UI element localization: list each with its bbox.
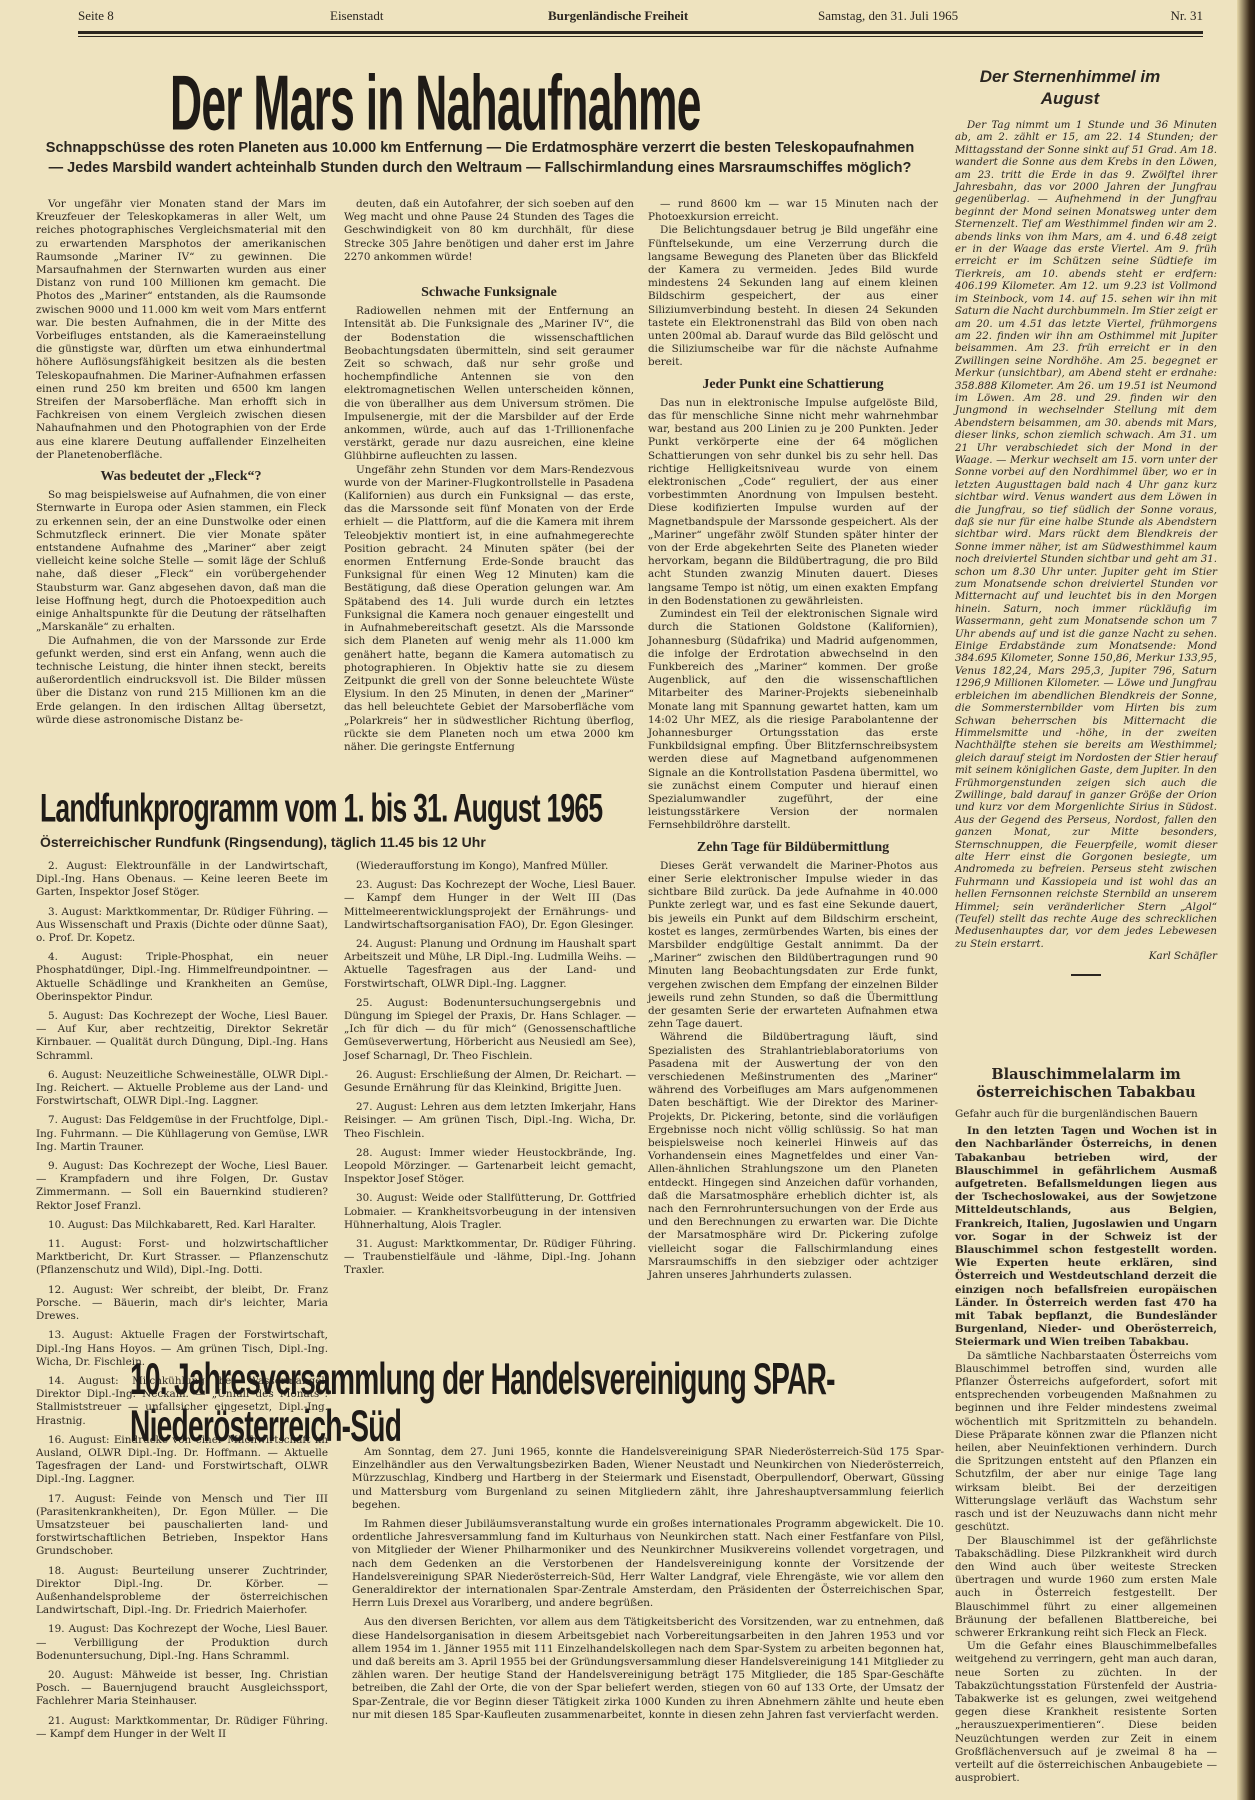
paragraph: Ungefähr zehn Stunden vor dem Mars-Rende… [344,464,634,754]
page-number: Seite 8 [78,8,114,24]
paragraph: 9. August: Das Kochrezept der Woche, Lie… [36,1160,328,1213]
subhead-schattierung: Jeder Punkt eine Schattierung [648,378,938,391]
paragraph: Dieses Gerät verwandelt die Mariner-Phot… [648,860,938,1032]
paragraph: 31. August: Marktkommentar, Dr. Rüdiger … [344,1238,636,1278]
paragraph: 5. August: Das Kochrezept der Woche, Lie… [36,1010,328,1063]
paragraph: Zumindest ein Teil der elektronischen Si… [648,608,938,832]
paragraph: 28. August: Immer wieder Heustockbrände,… [344,1147,636,1187]
sky-article: Der Tag nimmt um 1 Stunde und 36 Minuten… [955,120,1217,986]
paragraph: Im Rahmen dieser Jubiläumsveranstaltung … [352,1518,944,1610]
paragraph: 27. August: Lehren aus dem letzten Imker… [344,1101,636,1141]
paragraph: 2. August: Elektrounfälle in der Landwir… [36,860,328,900]
mars-headline: Der Mars in Nahaufnahme [170,58,701,148]
paragraph: Am Sonntag, dem 27. Juni 1965, konnte di… [352,1446,944,1512]
subhead-bilduebermittlung: Zehn Tage für Bildübermittlung [648,841,938,854]
sky-text: Der Tag nimmt um 1 Stunde und 36 Minuten… [955,120,1217,951]
paper-name: Burgenländische Freiheit [548,8,688,24]
paragraph: Der Blauschimmel ist der gefährlichste T… [955,1535,1217,1641]
paragraph: 4. August: Triple-Phosphat, ein neuer Ph… [36,951,328,1004]
blau-kicker: Gefahr auch für die burgenländischen Bau… [955,1108,1217,1121]
city: Eisenstadt [330,8,383,24]
paragraph: 10. August: Das Milchkabarett, Red. Karl… [36,1219,328,1232]
divider [1071,974,1101,976]
page-edge [1237,0,1255,1800]
paragraph: Da sämtliche Nachbarstaaten Österreichs … [955,1350,1217,1535]
paragraph: 18. August: Beurteilung unserer Zuchtrin… [36,1565,328,1618]
blau-lead: In den letzten Tagen und Wochen ist in d… [955,1125,1217,1349]
paragraph: 24. August: Planung und Ordnung im Haush… [344,938,636,991]
paragraph: 25. August: Bodenuntersuchungsergebnis u… [344,997,636,1063]
paragraph: 21. August: Marktkommentar, Dr. Rüdiger … [36,1715,328,1741]
paragraph: So mag beispielsweise auf Aufnahmen, die… [36,489,326,634]
paragraph: 23. August: Das Kochrezept der Woche, Li… [344,879,636,932]
paragraph: 30. August: Weide oder Stallfütterung, D… [344,1192,636,1232]
paragraph: Die Aufnahmen, die von der Marssonde zur… [36,635,326,727]
paragraph: Um die Gefahr eines Blauschimmelbefalles… [955,1640,1217,1785]
paragraph: 12. August: Wer schreibt, der bleibt, Dr… [36,1284,328,1324]
subhead-fleck: Was bedeutet der „Fleck“? [36,470,326,483]
masthead: Seite 8 Eisenstadt Burgenländische Freih… [78,6,1203,28]
paragraph: Das nun in elektronische Impulse aufgelö… [648,397,938,608]
sky-author: Karl Schäfler [955,951,1217,963]
mars-column-1: Vor ungefähr vier Monaten stand der Mars… [36,198,326,727]
paragraph: — rund 8600 km — war 15 Minuten nach der… [648,198,938,224]
paragraph: 11. August: Forst- und holzwirtschaftlic… [36,1238,328,1278]
paragraph: 3. August: Marktkommentar, Dr. Rüdiger F… [36,906,328,946]
sky-title: Der Sternenhimmel im August [955,66,1185,110]
paragraph: deuten, daß ein Autofahrer, der sich soe… [344,198,634,264]
masthead-rule-thin [78,36,1203,37]
spar-headline: 10. Jahresversammlung der Handelsvereini… [130,1356,870,1450]
blau-title: Blauschimmelalarm im österreichischen Ta… [955,1066,1217,1102]
paragraph: Vor ungefähr vier Monaten stand der Mars… [36,198,326,462]
paragraph: 7. August: Das Feldgemüse in der Fruchtf… [36,1114,328,1154]
paragraph: Die Belichtungsdauer betrug je Bild unge… [648,224,938,369]
mars-column-2: deuten, daß ein Autofahrer, der sich soe… [344,198,634,754]
paragraph: Aus den diversen Berichten, vor allem au… [352,1616,944,1722]
landfunk-headline: Landfunkprogramm vom 1. bis 31. August 1… [40,786,602,832]
mars-deck: Schnappschüsse des roten Planeten aus 10… [40,138,920,178]
subhead-funksignale: Schwache Funksignale [344,286,634,299]
paragraph: (Wiederaufforstung im Kongo), Manfred Mü… [344,860,636,873]
mars-column-3: — rund 8600 km — war 15 Minuten nach der… [648,198,938,1282]
landfunk-column-2: (Wiederaufforstung im Kongo), Manfred Mü… [344,860,636,1284]
landfunk-subhead: Österreichischer Rundfunk (Ringsendung),… [40,834,486,850]
paragraph: 6. August: Neuzeitliche Schweineställe, … [36,1069,328,1109]
paragraph: 26. August: Erschließung der Almen, Dr. … [344,1069,636,1095]
issue-number: Nr. 31 [1171,8,1204,24]
paragraph: Radiowellen nehmen mit der Entfernung an… [344,305,634,463]
paragraph: 17. August: Feinde von Mensch und Tier I… [36,1493,328,1559]
blau-article: Blauschimmelalarm im österreichischen Ta… [955,1066,1217,1785]
paragraph: 19. August: Das Kochrezept der Woche, Li… [36,1623,328,1663]
landfunk-column-1: 2. August: Elektrounfälle in der Landwir… [36,860,328,1747]
masthead-rule [78,31,1203,34]
spar-article: Am Sonntag, dem 27. Juni 1965, konnte di… [352,1446,944,1728]
paragraph: Während die Bildübertragung läuft, sind … [648,1031,938,1282]
paragraph: 20. August: Mähweide ist besser, Ing. Ch… [36,1669,328,1709]
issue-date: Samstag, den 31. Juli 1965 [818,8,958,24]
